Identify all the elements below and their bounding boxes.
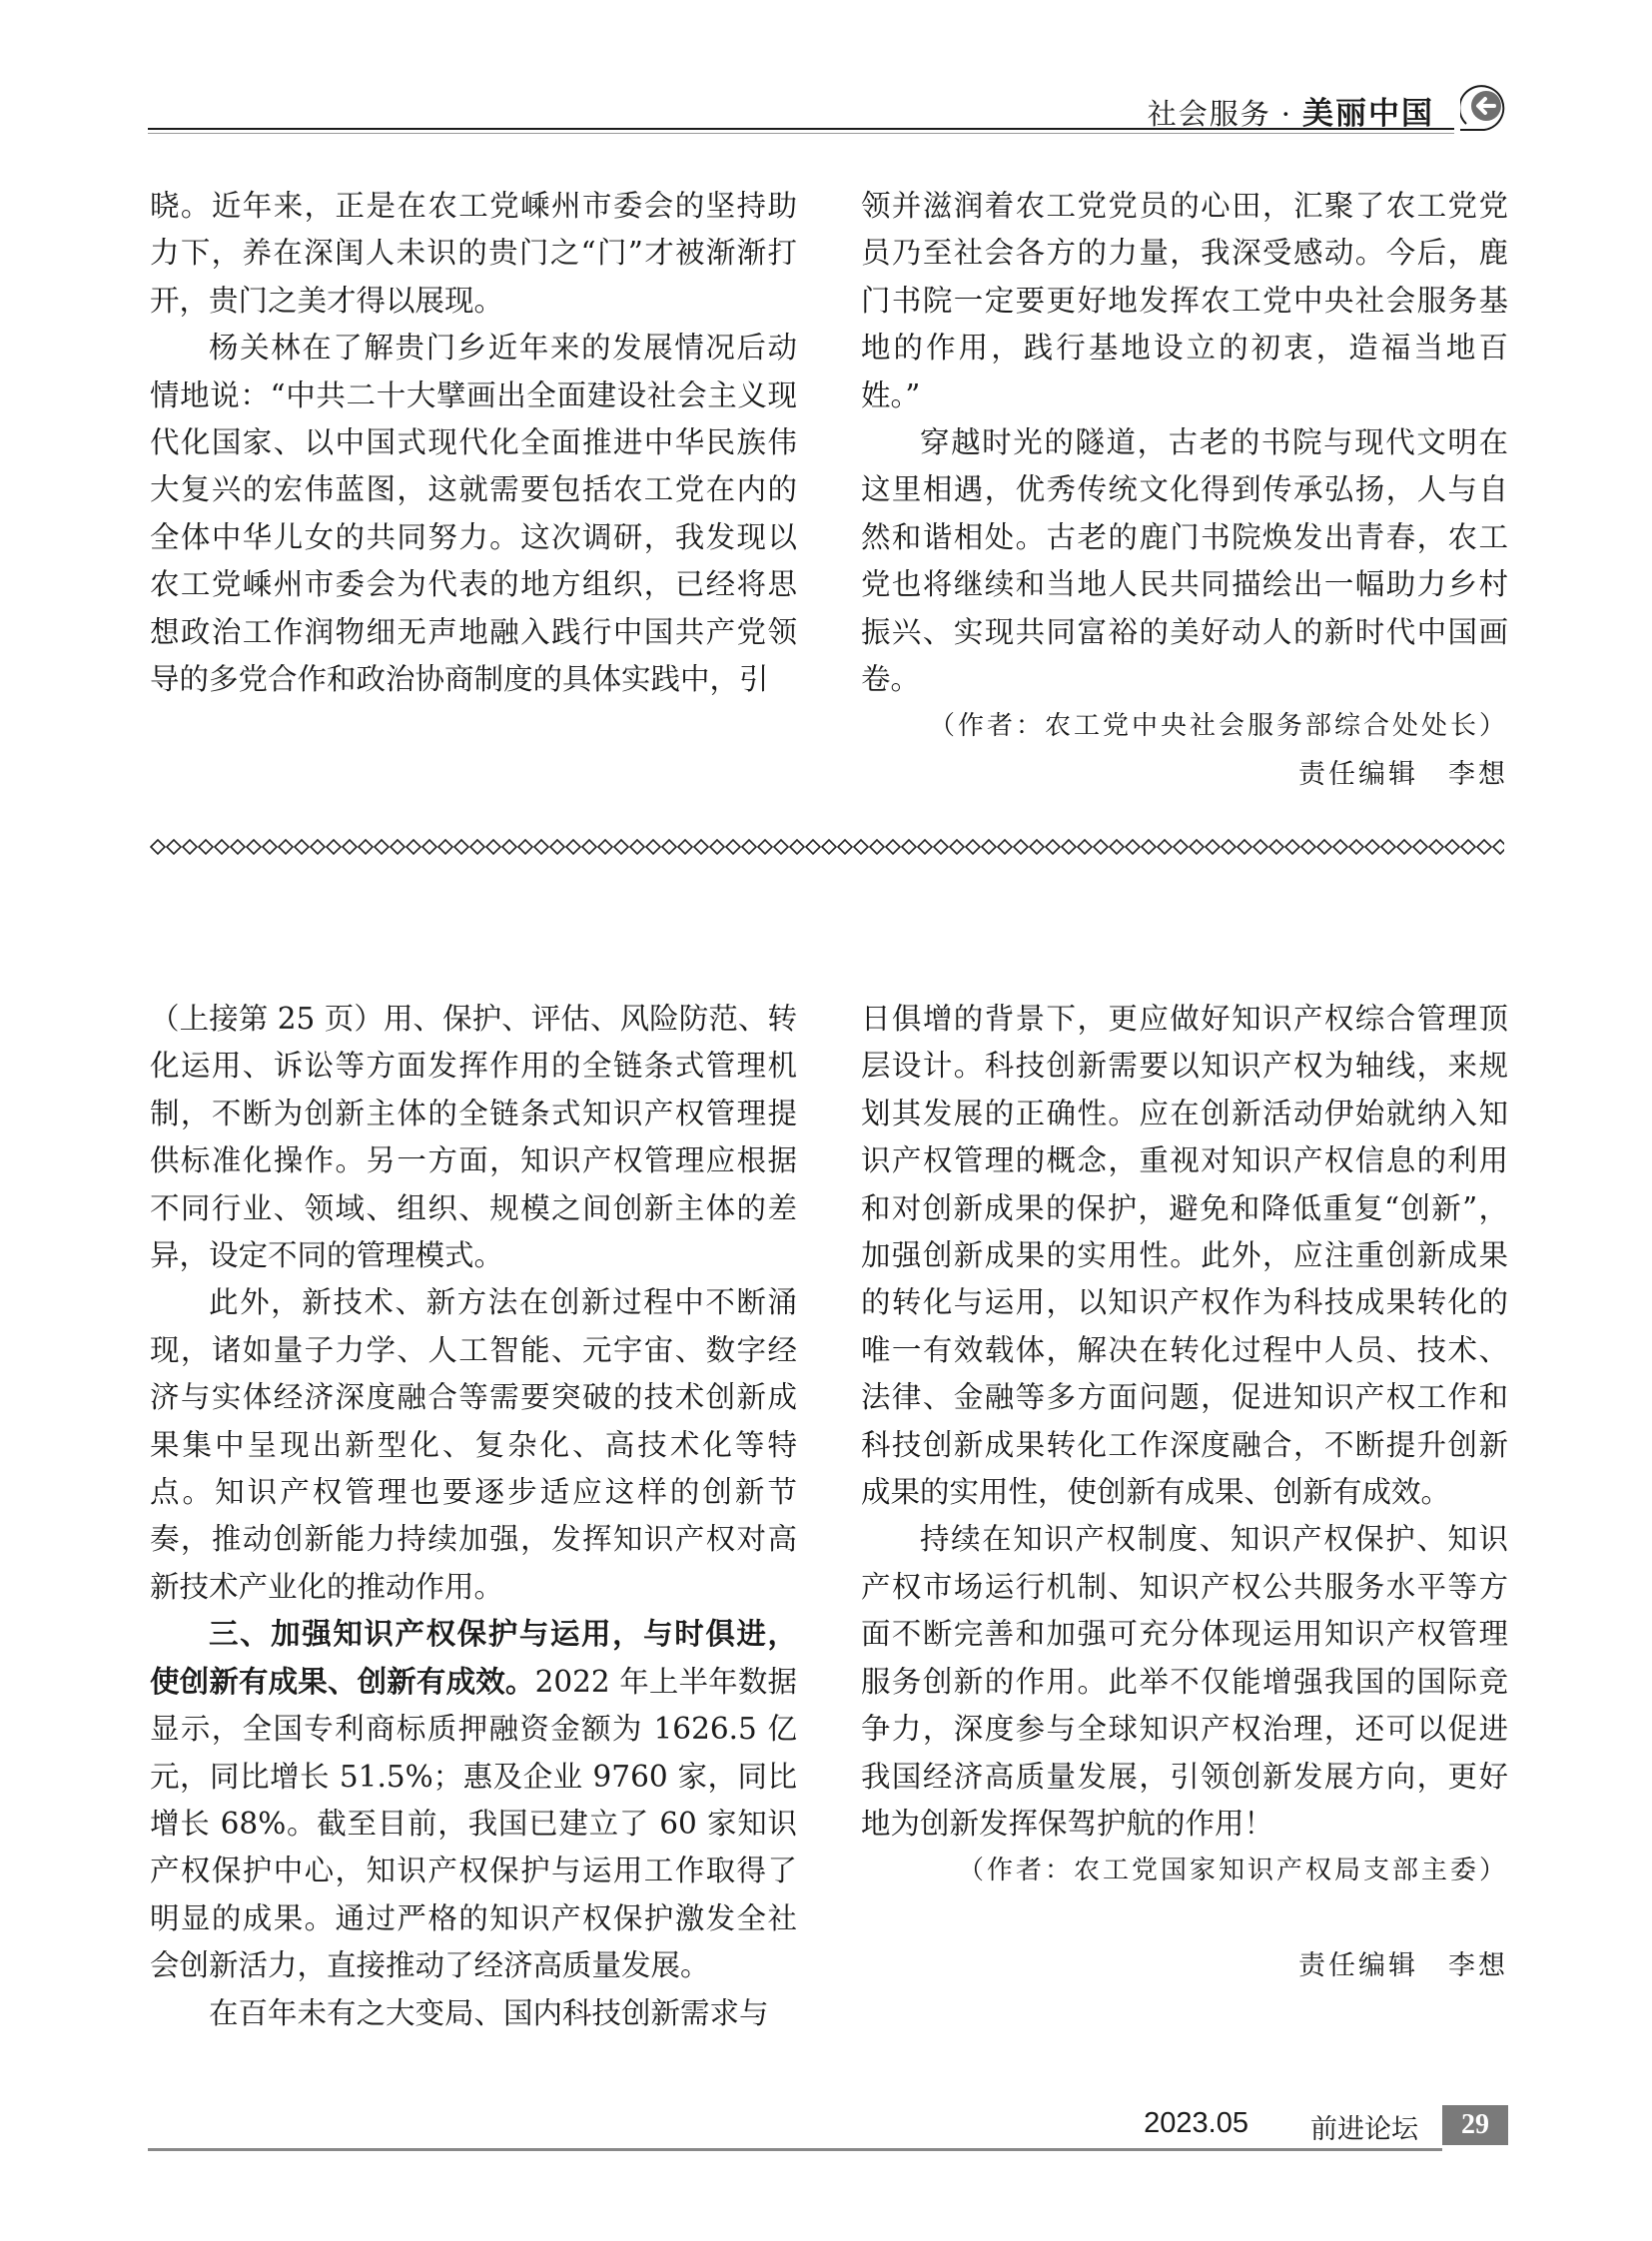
left-arrow-circle-icon bbox=[1460, 84, 1508, 132]
paragraph-body: 2022 年上半年数据显示，全国专利商标质押融资金额为 1626.5 亿元，同比… bbox=[150, 1665, 797, 1982]
bottom-article-right-column: 日俱增的背景下，更应做好知识产权综合管理顶层设计。科技创新需要以知识产权为轴线，… bbox=[861, 996, 1508, 1989]
paragraph: 领并滋润着农工党党员的心田，汇聚了农工党党员乃至社会各方的力量，我深受感动。今后… bbox=[861, 183, 1508, 419]
paragraph: 三、加强知识产权保护与运用，与时俱进，使创新有成果、创新有成效。2022 年上半… bbox=[150, 1611, 797, 1989]
paragraph: 持续在知识产权制度、知识产权保护、知识产权市场运行机制、知识产权公共服务水平等方… bbox=[861, 1516, 1508, 1848]
running-footer: 2023.05 前进论坛 29 bbox=[148, 2105, 1508, 2151]
column-name: 美丽中国 bbox=[1302, 96, 1434, 132]
editor-credit: 责任编辑 李想 bbox=[861, 751, 1508, 798]
paragraph: 此外，新技术、新方法在创新过程中不断涌现，诸如量子力学、人工智能、元宇宙、数字经… bbox=[150, 1279, 797, 1611]
title-separator: · bbox=[1281, 97, 1292, 131]
paragraph: 晓。近年来，正是在农工党嵊州市委会的坚持助力下，养在深闺人未识的贵门之“门”才被… bbox=[150, 183, 797, 325]
issue-date: 2023.05 bbox=[1144, 2107, 1248, 2140]
footer-rule bbox=[148, 2146, 1442, 2151]
paragraph: 穿越时光的隧道，古老的书院与现代文明在这里相遇，优秀传统文化得到传承弘扬，人与自… bbox=[861, 419, 1508, 703]
paragraph: 杨关林在了解贵门乡近年来的发展情况后动情地说：“中共二十大擘画出全面建设社会主义… bbox=[150, 325, 797, 703]
top-article-right-column: 领并滋润着农工党党员的心田，汇聚了农工党党员乃至社会各方的力量，我深受感动。今后… bbox=[861, 183, 1508, 798]
top-article-left-column: 晓。近年来，正是在农工党嵊州市委会的坚持助力下，养在深闺人未识的贵门之“门”才被… bbox=[150, 183, 797, 703]
magazine-name: 前进论坛 bbox=[1310, 2107, 1418, 2146]
section-title: 社会服务·美丽中国 bbox=[1148, 88, 1434, 133]
bottom-article-left-column: （上接第 25 页）用、保护、评估、风险防范、转化运用、诉讼等方面发挥作用的全链… bbox=[150, 996, 797, 2037]
running-header: 社会服务·美丽中国 bbox=[148, 80, 1508, 134]
section-name: 社会服务 bbox=[1148, 97, 1271, 131]
paragraph: 在百年未有之大变局、国内科技创新需求与 bbox=[150, 1990, 797, 2037]
editor-credit: 责任编辑 李想 bbox=[861, 1942, 1508, 1989]
header-rule bbox=[148, 128, 1454, 134]
diamond-chain-divider bbox=[150, 839, 1504, 855]
page-number: 29 bbox=[1442, 2105, 1508, 2145]
paragraph: 日俱增的背景下，更应做好知识产权综合管理顶层设计。科技创新需要以知识产权为轴线，… bbox=[861, 996, 1508, 1516]
author-byline: （作者：农工党中央社会服务部综合处处长） bbox=[861, 703, 1508, 750]
author-byline: （作者：农工党国家知识产权局支部主委） bbox=[861, 1848, 1508, 1894]
paragraph: （上接第 25 页）用、保护、评估、风险防范、转化运用、诉讼等方面发挥作用的全链… bbox=[150, 996, 797, 1279]
